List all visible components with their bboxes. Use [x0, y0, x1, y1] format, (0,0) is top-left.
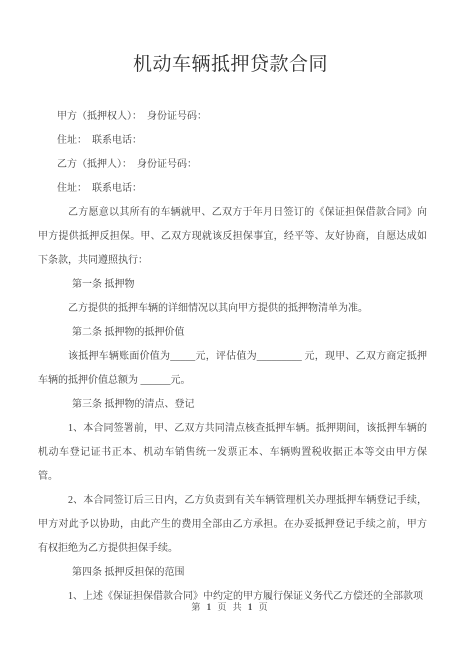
contract-heading: 第三条 抵押物的清点、登记	[38, 393, 427, 417]
contract-paragraph: 该抵押车辆账面价值为_____元，评估值为_________ 元，现甲、乙双方商…	[38, 345, 427, 393]
contract-body: 甲方（抵押权人）： 身份证号码：住址： 联系电话：乙方（抵押人）： 身份证号码：…	[0, 105, 461, 609]
contract-heading: 第一条 抵押物	[38, 273, 427, 297]
contract-paragraph: 乙方愿意以其所有的车辆就甲、乙双方于年月日签订的《保证担保借款合同》向甲方提供抵…	[38, 201, 427, 273]
page-number-label: 页 共	[213, 602, 248, 612]
contract-party: 甲方（抵押权人）： 身份证号码：	[38, 105, 427, 129]
contract-heading: 第二条 抵押物的抵押价值	[38, 321, 427, 345]
contract-party: 乙方（抵押人）： 身份证号码：	[38, 153, 427, 177]
contract-paragraph: 1、本合同签署前，甲、乙双方共同清点核查抵押车辆。抵押期间，该抵押车辆的机动车登…	[38, 417, 427, 489]
contract-heading: 第四条 抵押反担保的范围	[38, 561, 427, 585]
page-number-label: 第	[191, 602, 206, 612]
page-number-label: 页	[254, 602, 269, 612]
contract-party: 住址： 联系电话：	[38, 177, 427, 201]
contract-page: 机动车辆抵押贷款合同 甲方（抵押权人）： 身份证号码：住址： 联系电话：乙方（抵…	[0, 0, 461, 653]
contract-party: 住址： 联系电话：	[38, 129, 427, 153]
contract-paragraph: 2、本合同签订后三日内，乙方负责到有关车辆管理机关办理抵押车辆登记手续，甲方对此…	[38, 489, 427, 561]
contract-title: 机动车辆抵押贷款合同	[0, 0, 461, 79]
page-number: 第 1 页 共 1 页	[0, 600, 461, 614]
contract-paragraph: 乙方提供的抵押车辆的详细情况以其向甲方提供的抵押物清单为准。	[38, 297, 427, 321]
